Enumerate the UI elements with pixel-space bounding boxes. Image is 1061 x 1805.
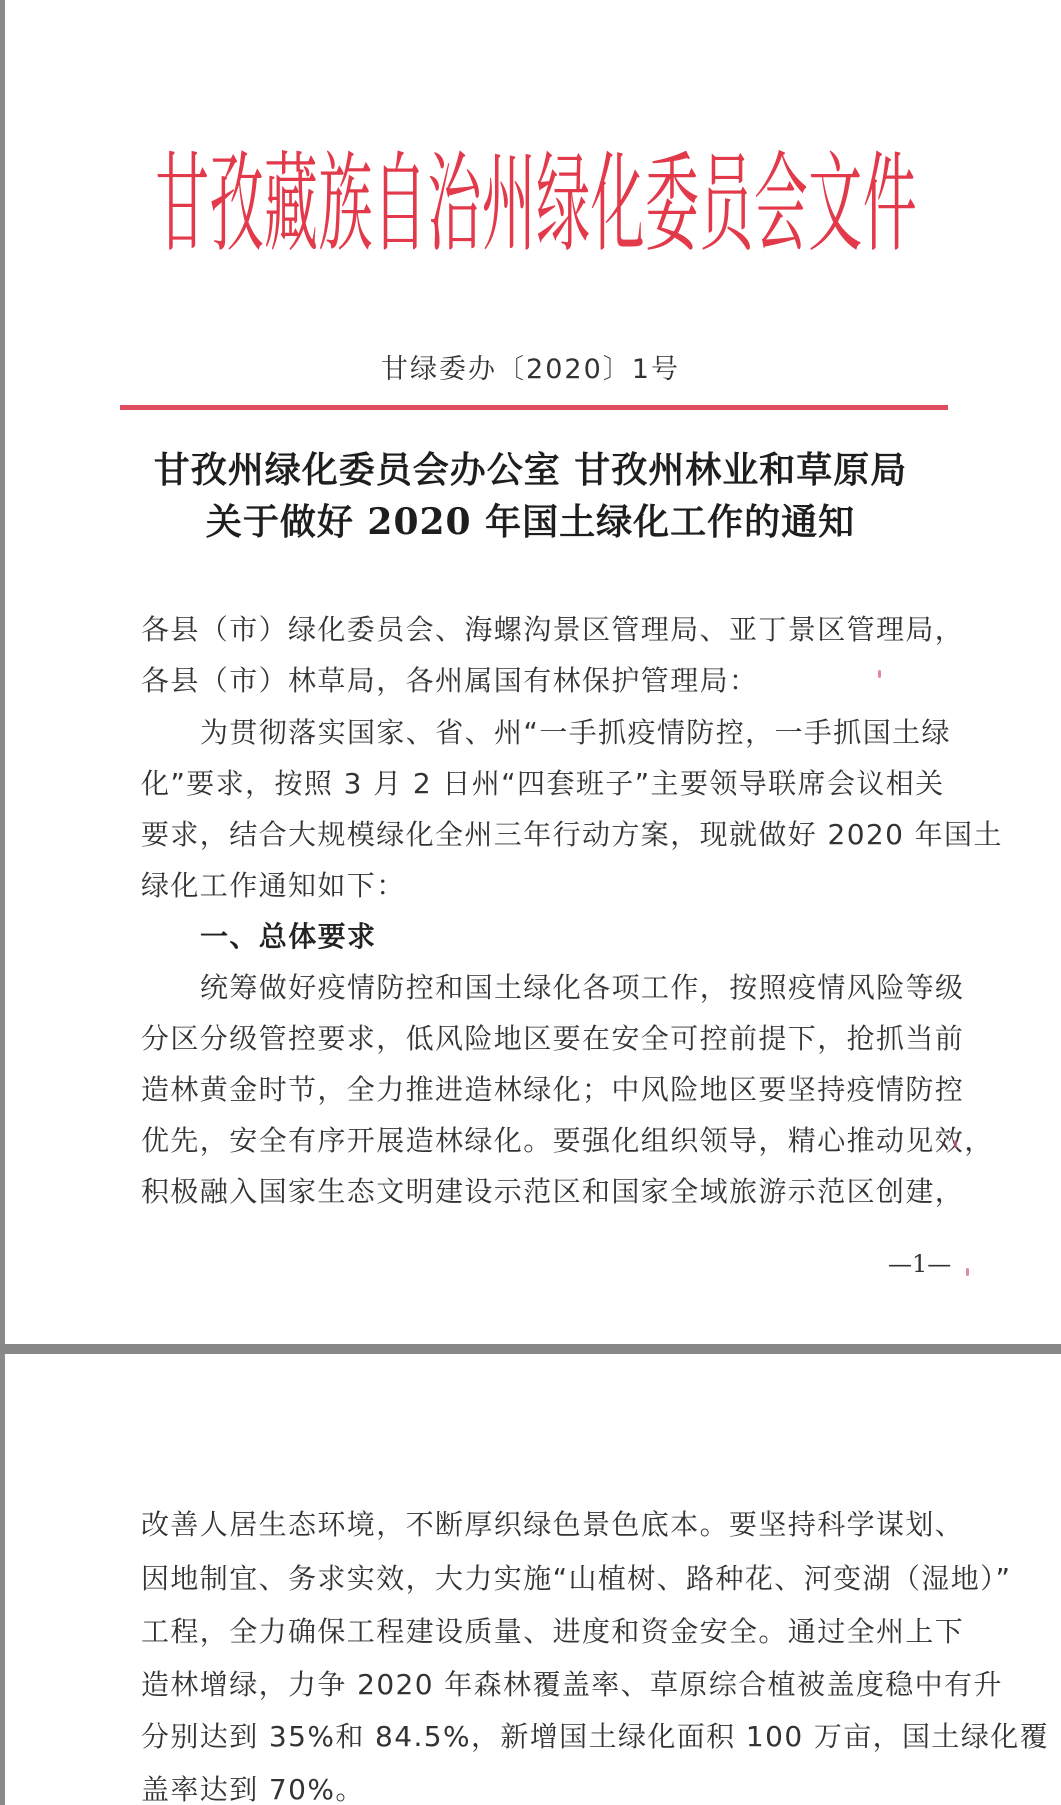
document-number: 甘绿委办〔2020〕1号 [0,352,1061,388]
issuer-char: 藏 [264,151,318,259]
body-paragraph-line: 工程，全力确保工程建设质量、进度和资金安全。通过全州上下 [141,1614,941,1650]
body-paragraph-line: 绿化工作通知如下： [141,868,941,904]
recipients-line-1: 各县（市）绿化委员会、海螺沟景区管理局、亚丁景区管理局， [141,612,941,648]
page-separator [0,1344,1061,1354]
body-paragraph-line: 统筹做好疫情防控和国土绿化各项工作，按照疫情风险等级 [200,970,1000,1006]
issuer-char: 化 [590,151,644,259]
red-divider-rule [120,405,948,410]
body-paragraph-line: 因地制宜、务求实效，大力实施“山植树、路种花、河变湖（湿地）” [141,1561,941,1597]
issuer-char: 员 [699,151,753,259]
page-number: —1— [888,1250,951,1278]
issuer-char: 绿 [536,151,590,259]
body-paragraph-line: 为贯彻落实国家、省、州“一手抓疫情防控，一手抓国土绿 [200,715,1000,751]
body-paragraph-line: 优先，安全有序开展造林绿化。要强化组织领导，精心推动见效， [141,1123,941,1159]
body-paragraph-line: 造林增绿，力争 2020 年森林覆盖率、草原综合植被盖度稳中有升 [141,1667,941,1703]
issuer-header: 甘 孜 藏 族 自 治 州 绿 化 委 员 会 文 件 [155,147,917,263]
section-heading-general-requirements: 一、总体要求 [200,919,376,955]
notice-title-line-1: 甘孜州绿化委员会办公室 甘孜州林业和草原局 [0,446,1061,494]
body-paragraph-line: 改善人居生态环境，不断厚织绿色景色底本。要坚持科学谋划、 [141,1507,941,1543]
issuer-char: 文 [808,151,862,259]
issuer-char: 甘 [155,151,209,259]
body-paragraph-line: 盖率达到 70%。 [141,1772,941,1805]
body-paragraph-line: 化”要求，按照 3 月 2 日州“四套班子”主要领导联席会议相关 [141,766,941,802]
issuer-char: 自 [373,151,427,259]
body-paragraph-line: 造林黄金时节，全力推进造林绿化；中风险地区要坚持疫情防控 [141,1072,941,1108]
issuer-char: 族 [318,151,372,259]
recipients-line-2: 各县（市）林草局，各州属国有林保护管理局： [141,663,941,699]
issuer-char: 州 [482,151,536,259]
issuer-char: 治 [427,151,481,259]
issuer-char: 孜 [209,151,263,259]
body-paragraph-line: 要求，结合大规模绿化全州三年行动方案，现就做好 2020 年国土 [141,817,941,853]
body-paragraph-line: 分区分级管控要求，低风险地区要在安全可控前提下，抢抓当前 [141,1021,941,1057]
scan-speck [954,1140,957,1148]
issuer-char: 委 [645,151,699,259]
body-paragraph-line: 分别达到 35%和 84.5%，新增国土绿化面积 100 万亩，国土绿化覆 [141,1719,941,1755]
issuer-char: 件 [862,151,916,259]
scan-speck [878,670,881,678]
issuer-char: 会 [754,151,808,259]
body-paragraph-line: 积极融入国家生态文明建设示范区和国家全域旅游示范区创建， [141,1174,941,1210]
scan-speck [966,1268,969,1276]
notice-title-line-2: 关于做好 2020 年国土绿化工作的通知 [0,498,1061,546]
